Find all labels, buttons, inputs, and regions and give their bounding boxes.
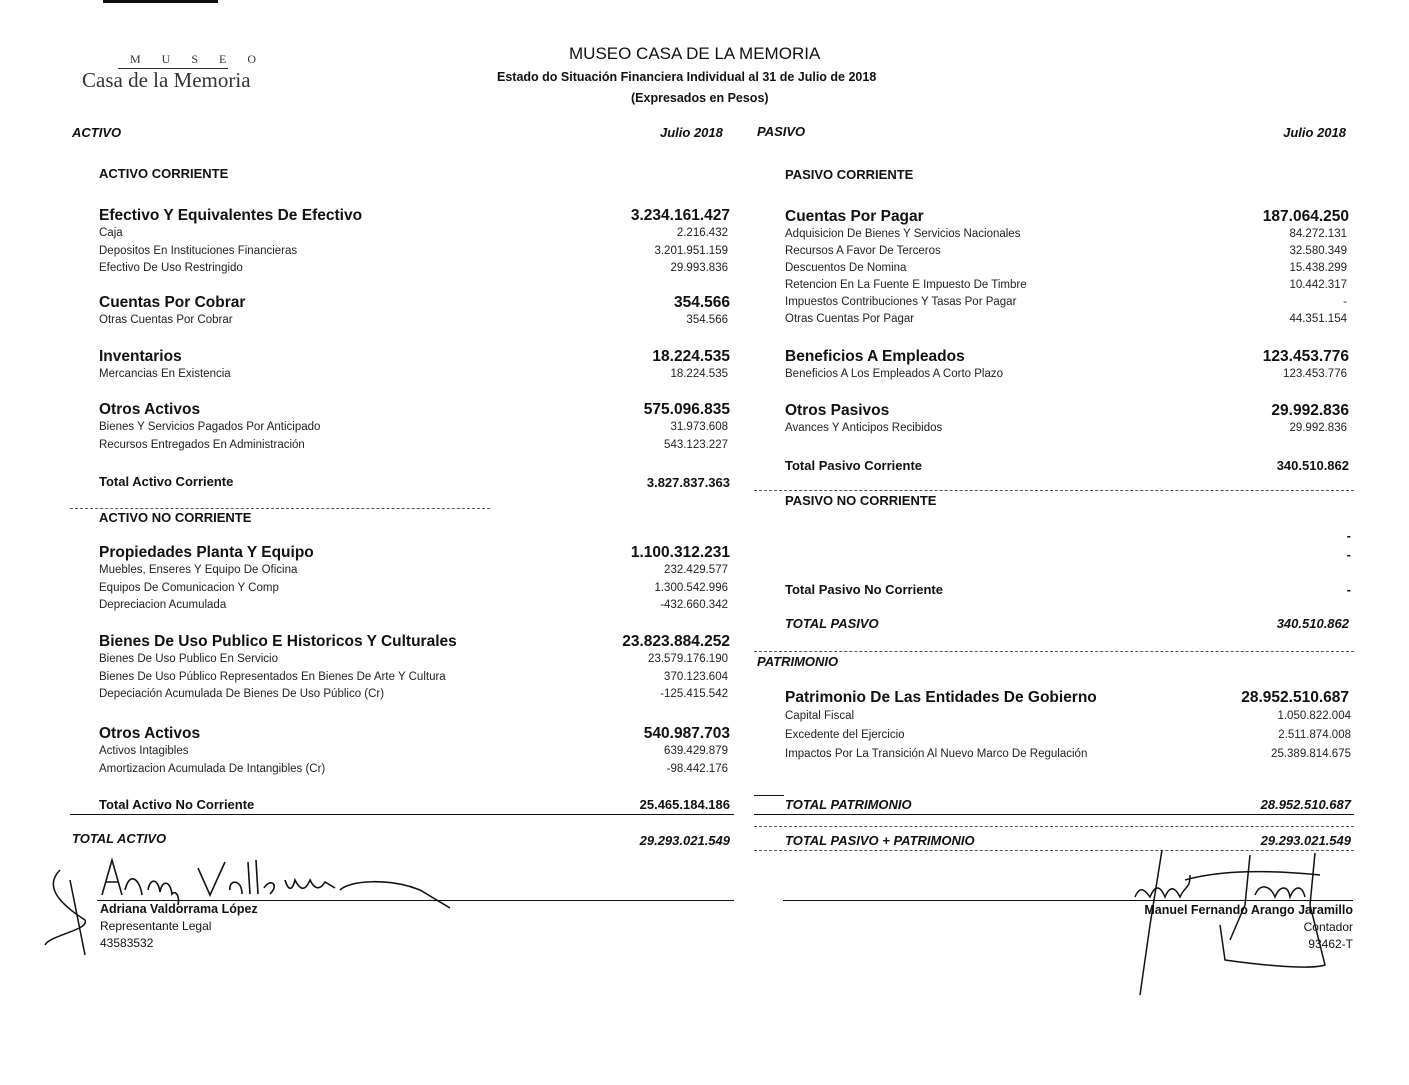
divider [754, 814, 1354, 815]
account-item-name: Recursos A Favor De Terceros [785, 245, 941, 257]
account-item-value: 354.566 [686, 314, 728, 326]
total-pasivo-no-corriente-label: Total Pasivo No Corriente [785, 582, 943, 597]
signer-left-name: Adriana Valdorrama López [100, 902, 258, 916]
account-item-value: 18.224.535 [670, 368, 728, 380]
account-item-name: Bienes Y Servicios Pagados Por Anticipad… [99, 421, 320, 433]
patrimonio-group-value: 28.952.510.687 [1241, 689, 1349, 707]
divider [754, 490, 1354, 491]
total-patrimonio-label: TOTAL PATRIMONIO [785, 797, 912, 812]
account-item-name: Beneficios A Los Empleados A Corto Plazo [785, 368, 1003, 380]
account-group-name: Propiedades Planta Y Equipo [99, 544, 314, 562]
account-item-value: 639.429.879 [664, 745, 728, 757]
account-item-name: Descuentos De Nomina [785, 262, 906, 274]
account-item-value: - [1343, 296, 1347, 308]
account-group-value: 18.224.535 [652, 348, 730, 366]
account-item-value: 31.973.608 [670, 421, 728, 433]
pasivo-period: Julio 2018 [1283, 125, 1346, 140]
account-item-value: -432.660.342 [660, 599, 728, 611]
pasivo-no-corriente-value-2: - [1347, 547, 1351, 562]
account-item-name: Adquisicion De Bienes Y Servicios Nacion… [785, 228, 1020, 240]
total-activo-no-corriente-value: 25.465.184.186 [640, 797, 730, 812]
patrimonio-item-value: 25.389.814.675 [1271, 748, 1351, 760]
account-item-name: Retencion En La Fuente E Impuesto De Tim… [785, 279, 1027, 291]
activo-no-corriente-heading: ACTIVO NO CORRIENTE [99, 510, 251, 525]
pasivo-no-corriente-heading: PASIVO NO CORRIENTE [785, 493, 936, 508]
divider [754, 826, 1354, 827]
account-group-name: Otros Activos [99, 401, 200, 419]
pasivo-corriente-heading: PASIVO CORRIENTE [785, 167, 913, 182]
account-item-name: Otras Cuentas Por Cobrar [99, 314, 233, 326]
account-group-value: 354.566 [674, 294, 730, 312]
account-item-name: Impuestos Contribuciones Y Tasas Por Pag… [785, 296, 1016, 308]
document-note: (Expresados en Pesos) [631, 91, 769, 105]
logo-casa-memoria: Casa de la Memoria [82, 68, 251, 93]
account-item-value: 23.579.176.190 [648, 653, 728, 665]
account-item-value: 10.442.317 [1289, 279, 1347, 291]
account-group-name: Otros Pasivos [785, 402, 889, 420]
account-group-value: 29.992.836 [1271, 402, 1349, 420]
total-pasivo-value: 340.510.862 [1277, 616, 1349, 631]
account-item-name: Caja [99, 227, 123, 239]
total-activo-corriente-value: 3.827.837.363 [647, 475, 730, 490]
account-group-name: Cuentas Por Pagar [785, 208, 924, 226]
account-group-value: 1.100.312.231 [631, 544, 730, 562]
account-item-value: 44.351.154 [1289, 313, 1347, 325]
pasivo-heading: PASIVO [757, 124, 805, 139]
document-subtitle: Estado do Situación Financiera Individua… [497, 70, 876, 84]
account-item-value: 370.123.604 [664, 671, 728, 683]
total-activo-label: TOTAL ACTIVO [72, 831, 166, 846]
account-item-name: Equipos De Comunicacion Y Comp [99, 582, 279, 594]
account-item-name: Muebles, Enseres Y Equipo De Oficina [99, 564, 297, 576]
divider [754, 651, 1354, 652]
patrimonio-item-value: 1.050.822.004 [1277, 710, 1351, 722]
pasivo-no-corriente-value-1: - [1347, 528, 1351, 543]
signer-right-id: 93462-T [1308, 937, 1353, 951]
total-pasivo-corriente-value: 340.510.862 [1277, 458, 1349, 473]
patrimonio-item-value: 2.511.874.008 [1278, 729, 1351, 741]
divider [70, 814, 734, 815]
account-item-value: 123.453.776 [1283, 368, 1347, 380]
account-group-value: 3.234.161.427 [631, 207, 730, 225]
account-group-name: Inventarios [99, 348, 182, 366]
account-item-value: 15.438.299 [1289, 262, 1347, 274]
account-item-name: Depreciacion Acumulada [99, 599, 226, 611]
account-item-name: Otras Cuentas Por Pagar [785, 313, 914, 325]
account-item-value: 29.992.836 [1289, 422, 1347, 434]
account-group-value: 23.823.884.252 [622, 633, 730, 651]
account-group-name: Cuentas Por Cobrar [99, 294, 245, 312]
account-item-name: Depositos En Instituciones Financieras [99, 245, 297, 257]
account-item-value: -98.442.176 [667, 763, 728, 775]
activo-corriente-heading: ACTIVO CORRIENTE [99, 166, 228, 181]
total-pasivo-no-corriente-value: - [1347, 582, 1351, 597]
account-item-name: Mercancias En Existencia [99, 368, 231, 380]
divider [70, 508, 490, 509]
total-activo-corriente-label: Total Activo Corriente [99, 474, 233, 489]
account-group-name: Efectivo Y Equivalentes De Efectivo [99, 207, 362, 225]
patrimonio-item-name: Capital Fiscal [785, 710, 854, 722]
account-item-value: 1.300.542.996 [654, 582, 728, 594]
divider [754, 795, 784, 796]
scan-artifact-bar [103, 0, 218, 3]
total-patrimonio-value: 28.952.510.687 [1261, 797, 1351, 812]
account-item-value: 29.993.836 [670, 262, 728, 274]
account-group-value: 123.453.776 [1263, 348, 1349, 366]
total-activo-value: 29.293.021.549 [640, 833, 730, 848]
account-item-value: 543.123.227 [664, 439, 728, 451]
total-activo-no-corriente-label: Total Activo No Corriente [99, 797, 254, 812]
total-pasivo-corriente-label: Total Pasivo Corriente [785, 458, 922, 473]
account-item-value: 3.201.951.159 [654, 245, 728, 257]
account-item-name: Recursos Entregados En Administración [99, 439, 305, 451]
account-item-value: 232.429.577 [664, 564, 728, 576]
grand-total-label: TOTAL PASIVO + PATRIMONIO [785, 833, 975, 848]
account-item-name: Bienes De Uso Publico En Servicio [99, 653, 278, 665]
account-group-value: 187.064.250 [1263, 208, 1349, 226]
patrimonio-heading: PATRIMONIO [757, 654, 838, 669]
account-item-value: 2.216.432 [677, 227, 728, 239]
account-item-value: 32.580.349 [1289, 245, 1347, 257]
account-item-name: Amortizacion Acumulada De Intangibles (C… [99, 763, 325, 775]
total-pasivo-label: TOTAL PASIVO [785, 616, 879, 631]
activo-period: Julio 2018 [660, 125, 723, 140]
signer-left-id: 43583532 [100, 936, 153, 950]
account-item-name: Avances Y Anticipos Recibidos [785, 422, 942, 434]
document-title: MUSEO CASA DE LA MEMORIA [569, 44, 820, 64]
signer-left-role: Representante Legal [100, 919, 211, 933]
account-item-name: Depeciación Acumulada De Bienes De Uso P… [99, 688, 384, 700]
account-item-name: Bienes De Uso Público Representados En B… [99, 671, 446, 683]
signer-right-role: Contador [1304, 920, 1353, 934]
account-item-name: Efectivo De Uso Restringido [99, 262, 243, 274]
patrimonio-item-name: Impactos Por La Transición Al Nuevo Marc… [785, 748, 1087, 760]
account-item-value: 84.272.131 [1289, 228, 1347, 240]
account-group-value: 575.096.835 [644, 401, 730, 419]
account-group-value: 540.987.703 [644, 725, 730, 743]
account-item-name: Activos Intagibles [99, 745, 189, 757]
patrimonio-group-name: Patrimonio De Las Entidades De Gobierno [785, 689, 1097, 707]
logo-museo: M U S E O [130, 52, 265, 67]
account-group-name: Bienes De Uso Publico E Historicos Y Cul… [99, 633, 457, 651]
account-item-value: -125.415.542 [660, 688, 728, 700]
activo-heading: ACTIVO [72, 125, 121, 140]
patrimonio-item-name: Excedente del Ejercicio [785, 729, 905, 741]
account-group-name: Otros Activos [99, 725, 200, 743]
signer-right-name: Manuel Fernando Arango Jaramillo [1144, 903, 1353, 917]
account-group-name: Beneficios A Empleados [785, 348, 965, 366]
